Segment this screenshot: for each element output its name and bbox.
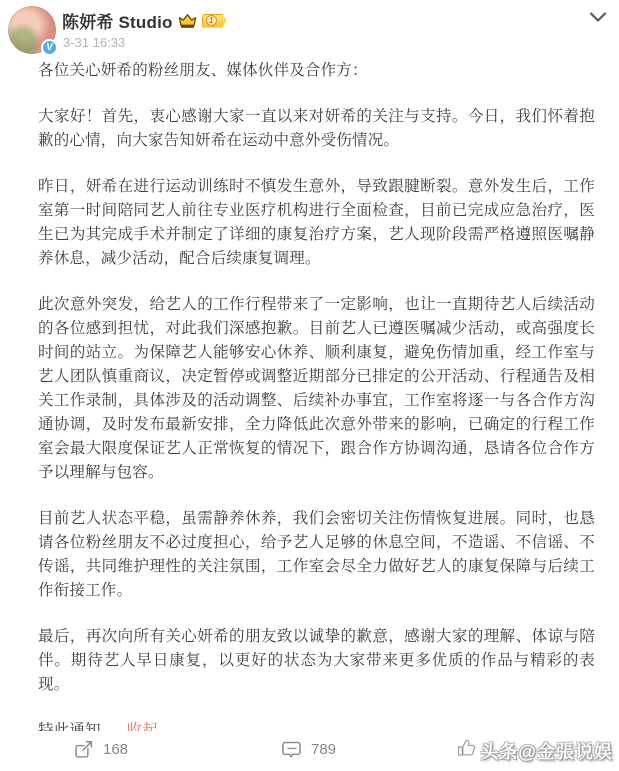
vip-level-badge: 1 [202,14,227,28]
post-header: V 陈妍希 Studio 1 3-31 16:33 [8,6,611,58]
comment-icon [281,739,302,760]
body-paragraph: 大家好！首先，衷心感谢大家一直以来对妍希的关注与支持。今日，我们怀着抱歉的心情，… [38,105,595,153]
post-footer: 168 789 头条@金張说娱 [0,736,619,766]
watermark-text: 头条@金張说娱 [480,738,613,764]
salutation-paragraph: 各位关心妍希的粉丝朋友、媒体伙伴及合作方： [38,59,595,83]
repost-button[interactable]: 168 [73,739,128,760]
weibo-post: V 陈妍希 Studio 1 3-31 16:33 各位关心妍希的粉丝朋友、媒体… [0,0,619,771]
crown-icon [178,13,197,29]
post-body: 各位关心妍希的粉丝朋友、媒体伙伴及合作方： 大家好！首先，衷心感谢大家一直以来对… [38,59,595,731]
thumbs-up-icon [456,737,478,764]
body-paragraph: 目前艺人状态平稳，虽需静养休养，我们会密切关注伤情恢复进展。同时，也恳请各位粉丝… [38,507,595,603]
watermark: 头条@金張说娱 [456,737,613,764]
repost-count: 168 [103,741,128,758]
comment-button[interactable]: 789 [281,739,336,760]
verified-v-icon: V [41,39,58,56]
closing-text: 特此通知。 [38,722,117,731]
timestamp: 3-31 16:33 [63,35,125,50]
body-paragraph: 最后，再次向所有关心妍希的朋友致以诚挚的歉意，感谢大家的理解、体谅与陪伴。期待艺… [38,625,595,697]
body-paragraph: 此次意外突发，给艺人的工作行程带来了一定影响，也让一直期待艺人后续活动的各位感到… [38,293,595,485]
comment-count: 789 [311,741,336,758]
username[interactable]: 陈妍希 Studio [62,8,173,33]
collapse-link[interactable]: 收起 [127,722,158,731]
body-paragraph: 昨日，妍希在进行运动训练时不慎发生意外，导致跟腱断裂。意外发生后，工作室第一时间… [38,175,595,271]
chevron-down-icon[interactable] [589,10,607,24]
repost-icon [73,739,94,760]
avatar[interactable]: V [8,6,56,54]
